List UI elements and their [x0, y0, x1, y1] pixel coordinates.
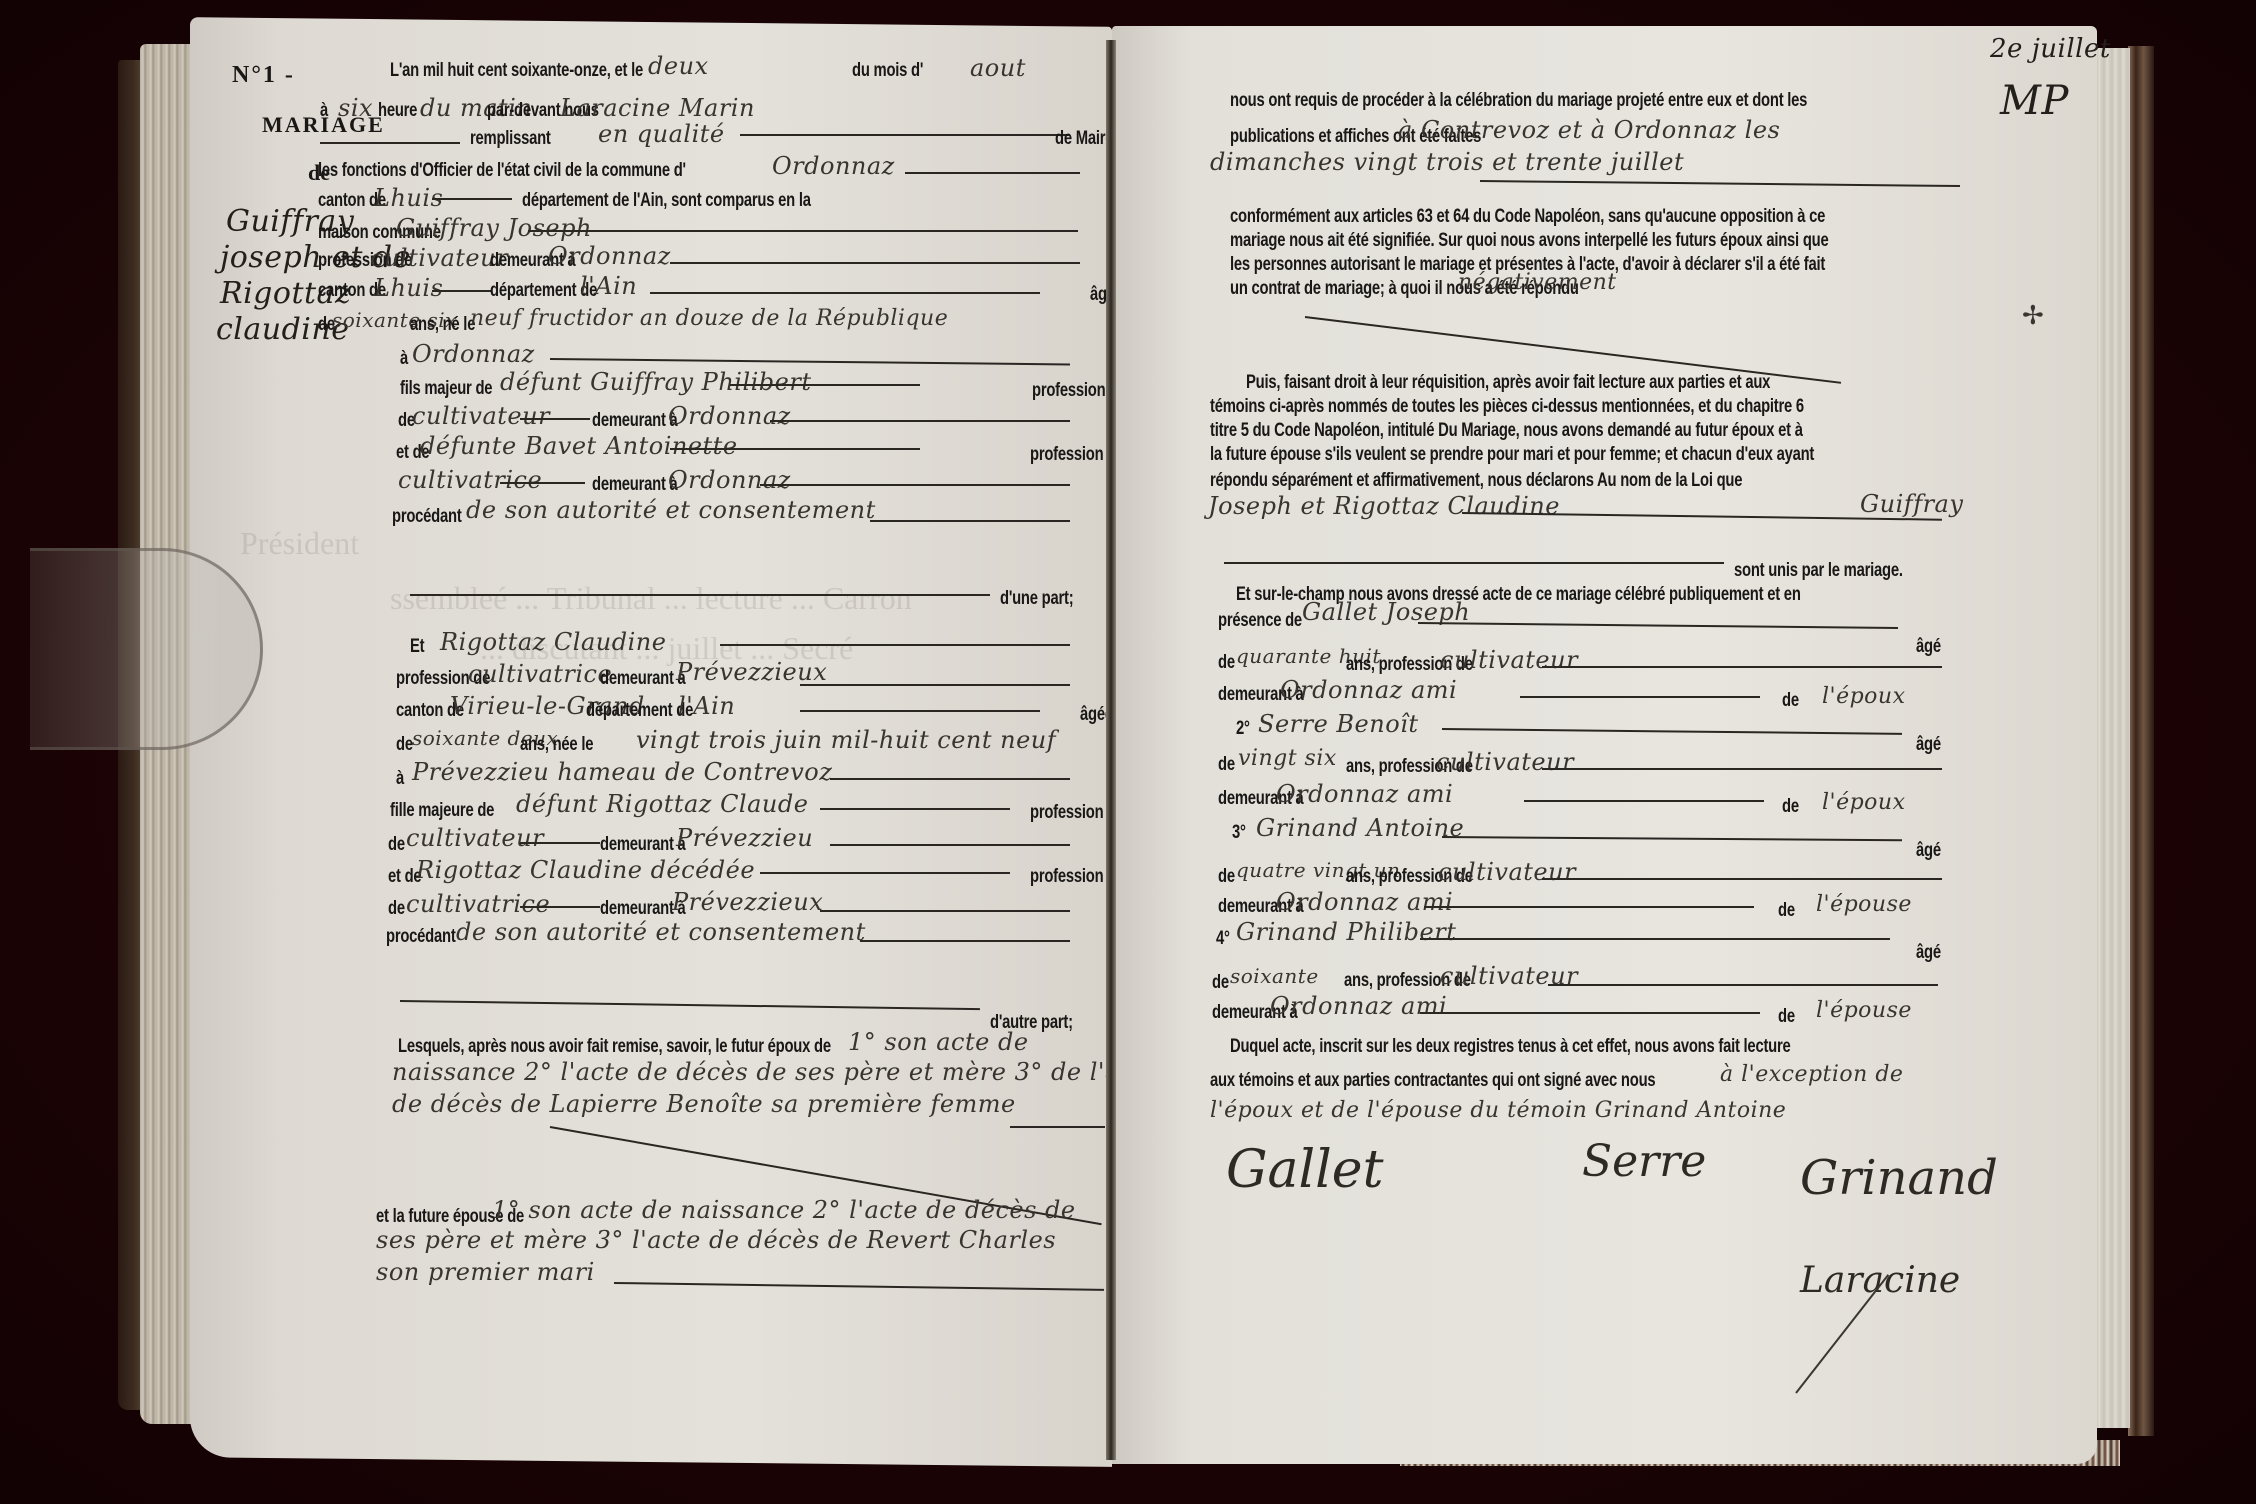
- handwritten-residence: Ordonnaz: [548, 242, 671, 270]
- corner-date-note: 2e juillet: [1990, 34, 2111, 64]
- fill-line: [1524, 800, 1764, 802]
- handwritten-signature-exception: à l'exception de: [1720, 1062, 1903, 1087]
- fill-line: [730, 384, 920, 386]
- handwritten-profession: cultivateur: [370, 244, 508, 272]
- fill-line: [905, 172, 1080, 174]
- printed-text: titre 5 du Code Napoléon, intitulé Du Ma…: [1210, 420, 1803, 442]
- handwritten-witness-2-profession: cultivateur: [1436, 748, 1574, 776]
- fill-line: [740, 134, 1070, 136]
- handwritten-groom-mother: défunte Bavet Antoinette: [420, 432, 738, 460]
- handwritten-witness-3-residence: Ordonnaz ami: [1276, 888, 1453, 916]
- printed-text: de: [1218, 652, 1235, 674]
- handwritten-bride-docs: son premier mari: [376, 1258, 595, 1286]
- printed-text: procédant: [386, 926, 456, 948]
- fill-line: [1542, 768, 1942, 770]
- printed-text: à: [396, 768, 404, 790]
- fill-line: [830, 778, 1070, 780]
- printed-text: à: [320, 100, 328, 122]
- fill-line: [1520, 696, 1760, 698]
- handwritten-witness-1-residence: Ordonnaz ami: [1280, 676, 1457, 704]
- handwritten-bride-docs: 1° son acte de naissance 2° l'acte de dé…: [492, 1196, 1076, 1224]
- printed-text: demeurant à: [592, 410, 678, 432]
- witness-number: 2°: [1236, 718, 1250, 740]
- printed-text: nous ont requis de procéder à la célébra…: [1230, 90, 1807, 112]
- corner-initials-mark: MP: [2000, 78, 2069, 124]
- handwritten-capacity: en qualité: [598, 120, 725, 148]
- printed-text: de: [1218, 754, 1235, 776]
- printed-text: heure: [378, 100, 417, 122]
- printed-text: Duquel acte, inscrit sur les deux regist…: [1230, 1036, 1791, 1058]
- printed-text: la future épouse s'ils veulent se prendr…: [1210, 444, 1814, 466]
- printed-text: de: [1782, 690, 1799, 712]
- handwritten-groom-docs: de décès de Lapierre Benoîte sa première…: [392, 1090, 1016, 1118]
- fill-line: [520, 418, 590, 420]
- printed-text: profession: [1030, 866, 1103, 888]
- handwritten-witness-2-residence: Ordonnaz ami: [1276, 780, 1453, 808]
- handwritten-publication-places: à Contrevoz et à Ordonnaz les: [1398, 116, 1780, 144]
- printed-text: demeurant à: [592, 474, 678, 496]
- handwritten-father-residence: Ordonnaz: [668, 402, 791, 430]
- handwritten-witness-3-relation: l'épouse: [1816, 892, 1912, 917]
- printed-text: profession: [1032, 380, 1105, 402]
- transparent-page-clip: [30, 548, 263, 750]
- handwritten-witness-3-profession: cultivateur: [1438, 858, 1576, 886]
- fill-line: [820, 910, 1070, 912]
- printed-text: remplissant: [470, 128, 551, 150]
- handwritten-bride-birthdate: vingt trois juin mil-huit cent neuf: [636, 726, 1056, 754]
- fill-line: [860, 940, 1070, 942]
- handwritten-bride-docs: ses père et mère 3° l'acte de décès de R…: [376, 1226, 1056, 1254]
- handwritten-bride-mother-profession: cultivatrice: [406, 890, 550, 918]
- handwritten-bride-father: défunt Rigottaz Claude: [516, 790, 808, 818]
- printed-text: fils majeur de: [400, 378, 492, 400]
- fill-line: [520, 906, 600, 908]
- fill-line: [770, 420, 1070, 422]
- ink-blot: ✢: [2022, 300, 2044, 331]
- printed-text: procédant: [392, 506, 462, 528]
- handwritten-commune: Ordonnaz: [772, 152, 895, 180]
- handwritten-bride-profession: cultivatrice: [468, 660, 612, 688]
- printed-text: de: [396, 734, 413, 756]
- handwritten-groom-docs: naissance 2° l'acte de décès de ses père…: [392, 1058, 1159, 1086]
- handwritten-bride-mother-residence: Prévezzieux: [672, 888, 823, 916]
- printed-text: témoins ci-après nommés de toutes les pi…: [1210, 396, 1804, 418]
- book-cover-right: [2128, 46, 2154, 1436]
- printed-text: âgé: [1916, 942, 1941, 964]
- printed-text: de: [388, 898, 405, 920]
- fill-line: [800, 710, 1040, 712]
- printed-text: Puis, faisant droit à leur réquisition, …: [1246, 372, 1770, 394]
- signature-gallet: Gallet: [1226, 1140, 1383, 1200]
- printed-text: sont unis par le mariage.: [1734, 560, 1903, 582]
- bleedthrough-text: ssembleé ... Tribunal ... lecture ... Ca…: [390, 580, 912, 617]
- handwritten-bride-department: l'Ain: [678, 692, 735, 720]
- printed-text: profession: [1030, 444, 1103, 466]
- witness-number: 3°: [1232, 822, 1246, 844]
- fill-line: [1420, 938, 1890, 940]
- fill-line: [1542, 878, 1942, 880]
- handwritten-month: aout: [970, 54, 1026, 82]
- handwritten-department: l'Ain: [580, 272, 637, 300]
- handwritten-witness-4-name: Grinand Philibert: [1236, 918, 1456, 946]
- printed-text: à: [400, 348, 408, 370]
- printed-text: Et: [410, 636, 424, 658]
- handwritten-bride-mother: Rigottaz Claudine décédée: [416, 856, 755, 884]
- handwritten-father-profession: cultivateur: [412, 402, 550, 430]
- printed-text: mariage nous ait été signifiée. Sur quoi…: [1230, 230, 1828, 252]
- fill-line: [650, 292, 1040, 294]
- handwritten-consent: de son autorité et consentement: [466, 496, 876, 524]
- printed-text: de: [1778, 1006, 1795, 1028]
- handwritten-groom-father: défunt Guiffray Philibert: [500, 368, 812, 396]
- handwritten-day: deux: [648, 52, 709, 80]
- fill-line: [410, 594, 990, 596]
- fill-line: [1424, 906, 1754, 908]
- handwritten-signature-exception: l'époux et de l'épouse du témoin Grinand…: [1210, 1098, 1786, 1123]
- fill-line: [830, 844, 1070, 846]
- handwritten-witness-1-profession: cultivateur: [1440, 646, 1578, 674]
- fill-line: [1420, 1012, 1760, 1014]
- book-gutter: [1106, 40, 1116, 1460]
- entry-number: N°1 -: [232, 62, 295, 89]
- bleedthrough-text: Président: [240, 525, 359, 562]
- handwritten-witness-2-relation: l'époux: [1822, 790, 1906, 815]
- handwritten-bride-name: Rigottaz Claudine: [440, 628, 666, 656]
- printed-text: de: [1782, 796, 1799, 818]
- printed-text: ans, né le: [410, 314, 475, 336]
- handwritten-bride-father-profession: cultivateur: [406, 824, 544, 852]
- printed-text: les fonctions d'Officier de l'état civil…: [318, 160, 686, 182]
- witness-number: 4°: [1216, 928, 1230, 950]
- handwritten-witness-4-residence: Ordonnaz ami: [1270, 992, 1447, 1020]
- handwritten-birthplace: Ordonnaz: [412, 340, 535, 368]
- printed-text: de: [1218, 866, 1235, 888]
- fill-line: [670, 262, 1080, 264]
- handwritten-mayor: Laracine Marin: [560, 94, 755, 122]
- handwritten-bride-residence: Prévezzieux: [676, 658, 827, 686]
- printed-text: de: [388, 834, 405, 856]
- handwritten-hour: six: [338, 94, 373, 122]
- handwritten-mother-residence: Ordonnaz: [668, 466, 791, 494]
- handwritten-negative-answer: négativement: [1458, 270, 1617, 295]
- signature-grinand: Grinand: [1800, 1150, 1998, 1206]
- printed-text: profession: [1030, 802, 1103, 824]
- printed-text: demeurant à: [600, 668, 686, 690]
- fill-line: [1010, 1126, 1105, 1128]
- printed-text: répondu séparément et affirmativement, n…: [1210, 470, 1742, 492]
- signature-serre: Serre: [1582, 1136, 1706, 1187]
- printed-text: ans, née le: [520, 734, 593, 756]
- printed-text: de Maire: [1055, 128, 1113, 150]
- printed-text: fille majeure de: [390, 800, 494, 822]
- handwritten-witness-4-age: soixante: [1230, 964, 1319, 988]
- fill-line: [800, 684, 1070, 686]
- handwritten-couple-names: Joseph et Rigottaz Claudine: [1208, 492, 1560, 520]
- printed-text: demeurant à: [600, 834, 686, 856]
- handwritten-witness-2-age: vingt six: [1238, 746, 1337, 771]
- fill-line: [720, 644, 1070, 646]
- printed-text: de: [1778, 900, 1795, 922]
- handwritten-witness-4-relation: l'épouse: [1816, 998, 1912, 1023]
- handwritten-publication-dates: dimanches vingt trois et trente juillet: [1210, 148, 1684, 176]
- fill-line: [870, 520, 1070, 522]
- fill-line: [670, 448, 920, 450]
- fill-line: [432, 290, 492, 292]
- printed-text: d'une part;: [1000, 588, 1073, 610]
- handwritten-bride-consent: de son autorité et consentement: [456, 918, 866, 946]
- fill-line: [432, 198, 512, 200]
- handwritten-bride-birthplace: Prévezzieu hameau de Contrevoz: [412, 758, 832, 786]
- handwritten-witness-2-name: Serre Benoît: [1258, 710, 1419, 738]
- printed-text: âgé: [1916, 734, 1941, 756]
- printed-text: département de l'Ain, sont comparus en l…: [522, 190, 811, 212]
- printed-text: âgé: [1916, 636, 1941, 658]
- printed-text: de: [1212, 972, 1229, 994]
- printed-text: aux témoins et aux parties contractantes…: [1210, 1070, 1655, 1092]
- fill-line: [1548, 984, 1938, 986]
- fill-line: [528, 230, 1078, 232]
- fill-line: [520, 842, 600, 844]
- printed-text: présence de: [1218, 610, 1302, 632]
- handwritten-groom-surname: Guiffray: [1860, 490, 1963, 518]
- printed-text: âgé: [1916, 840, 1941, 862]
- printed-text: conformément aux articles 63 et 64 du Co…: [1230, 206, 1825, 228]
- printed-text: L'an mil huit cent soixante-onze, et le: [390, 60, 643, 82]
- fill-line: [1224, 562, 1724, 564]
- handwritten-bride-father-residence: Prévezzieu: [676, 824, 813, 852]
- fill-line: [320, 142, 460, 144]
- handwritten-groom-docs: 1° son acte de: [848, 1028, 1029, 1056]
- fill-line: [500, 482, 585, 484]
- handwritten-mother-profession: cultivatrice: [398, 466, 542, 494]
- fill-line: [760, 484, 1070, 486]
- signature-mayor-laracine: Laracine: [1800, 1260, 1960, 1301]
- handwritten-witness-1-relation: l'époux: [1822, 684, 1906, 709]
- handwritten-canton: Lhuis: [374, 274, 443, 302]
- printed-text: Lesquels, après nous avoir fait remise, …: [398, 1036, 831, 1058]
- handwritten-witness-3-name: Grinand Antoine: [1256, 814, 1464, 842]
- fill-line: [820, 808, 1010, 810]
- printed-text: du mois d': [852, 60, 923, 82]
- fill-line: [760, 872, 1010, 874]
- handwritten-birthdate: neuf fructidor an douze de la République: [470, 306, 948, 331]
- handwritten-groom-name: Guiffray Joseph: [396, 214, 592, 242]
- fill-line: [1542, 666, 1942, 668]
